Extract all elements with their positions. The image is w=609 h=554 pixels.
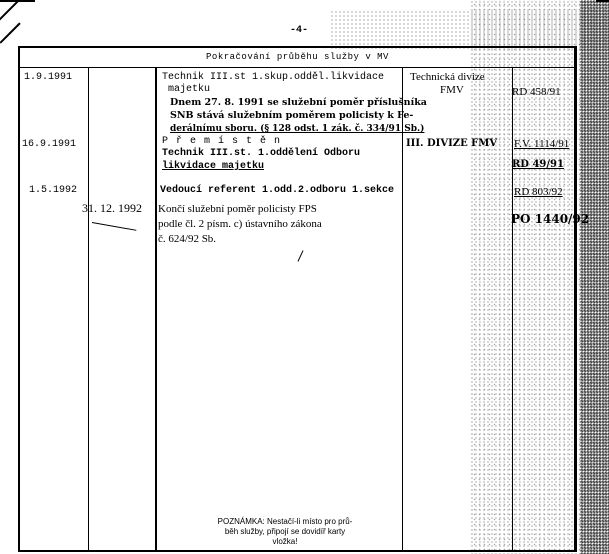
entry-position: Technik III.st 1.skup.odděl.likvidace [162, 72, 384, 84]
entry-reference: F.V. 1114/91 [514, 138, 569, 150]
column-divider [402, 68, 403, 552]
column-divider [88, 68, 89, 552]
entry-position: Technik III.st. 1.oddělení Odboru [162, 148, 360, 160]
footer-note-line: běh služby, připojí se dovidíř karty [185, 527, 385, 537]
entry-reference: RD 803/92 [514, 186, 563, 198]
entry-position: Vedoucí referent 1.odd.2.odboru 1.sekce [160, 185, 394, 197]
termination-text: podle čl. 2 písm. c) ústavního zákona [158, 218, 322, 230]
entry-date: 16.9.1991 [22, 139, 76, 151]
stamp-text: SNB stává služebním poměrem policisty k … [170, 110, 413, 122]
entry-reference: PO 1440/92 [511, 213, 589, 225]
entry-end-date: 31. 12. 1992 [82, 202, 142, 214]
table-title: Pokračování průběhu služby v MV [18, 48, 577, 68]
column-divider [155, 68, 157, 552]
entry-date: 1.5.1992 [29, 185, 77, 197]
entry-position: likvidace majetku [162, 161, 264, 173]
column-divider [512, 68, 513, 552]
diagonal-fold-line [0, 0, 40, 23]
stamp-text: Dnem 27. 8. 1991 se služební poměr přísl… [170, 97, 427, 109]
diagonal-fold-line [0, 22, 20, 43]
footer-note-line: vložka! [185, 537, 385, 547]
scan-noise [330, 10, 609, 50]
entry-date: 1.9.1991 [24, 72, 72, 84]
scan-edge-line [596, 0, 609, 2]
stamp-text: derálnímu sboru. (§ 128 odst. 1 zák. č. … [170, 123, 424, 135]
entry-position: majetku [168, 84, 210, 96]
page-number: -4- [290, 25, 308, 36]
termination-text: č. 624/92 Sb. [158, 233, 216, 245]
entry-unit: III. DIVIZE FMV [406, 138, 497, 150]
footer-note-line: POZNÁMKA: Nestačí-li místo pro prů- [185, 517, 385, 527]
entry-unit: Technická divize [410, 71, 485, 83]
transfer-marker: P ř e m í s t ě n [162, 136, 281, 148]
entry-reference: RD 49/91 [512, 159, 564, 171]
footer-note: POZNÁMKA: Nestačí-li místo pro prů- běh … [185, 517, 385, 547]
termination-text: Končí služební poměr policisty FPS [158, 203, 317, 215]
entry-unit: FMV [440, 84, 464, 96]
scan-dark-edge [580, 0, 609, 554]
entry-reference: RD 458/91 [512, 86, 561, 98]
